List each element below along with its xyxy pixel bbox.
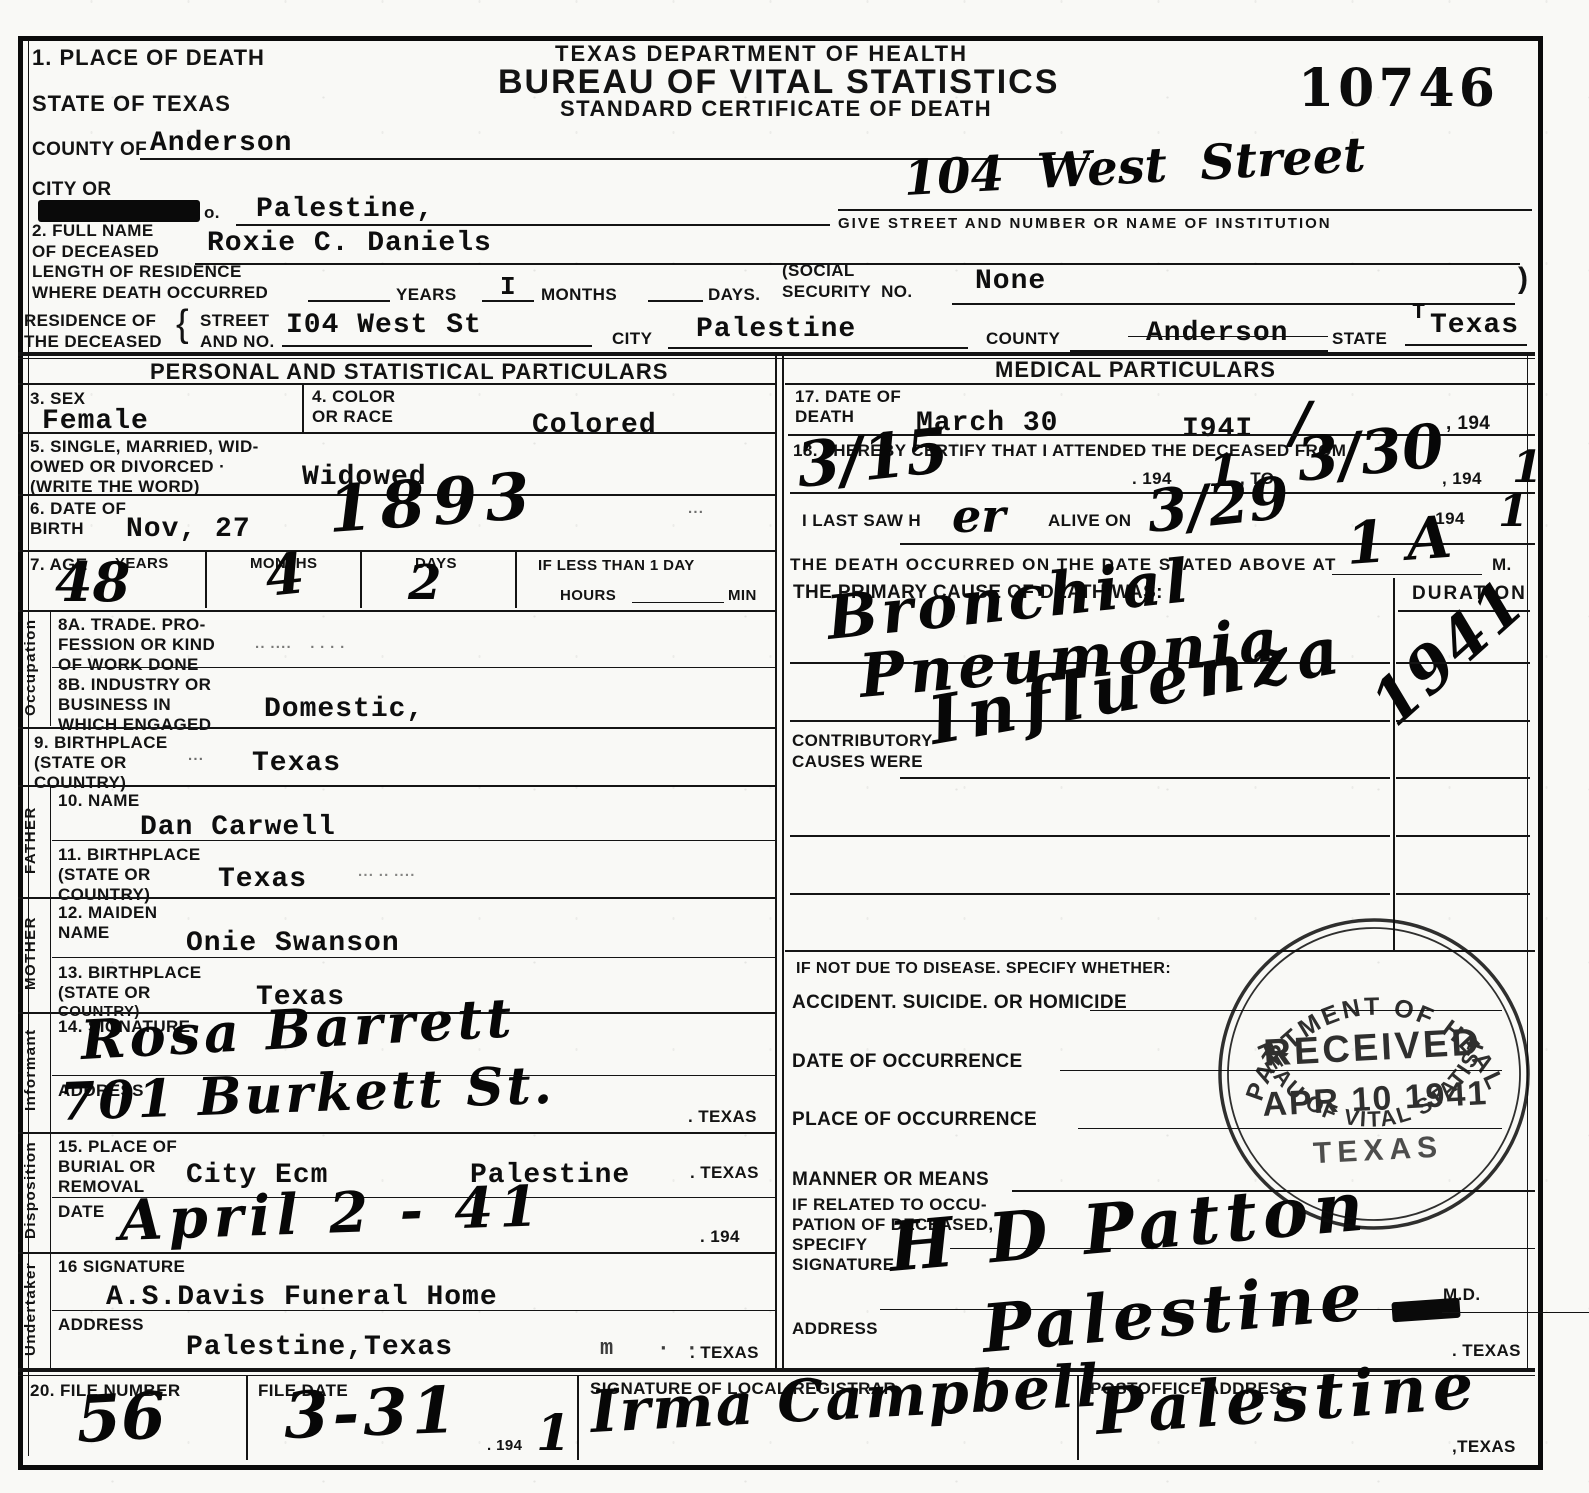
blank-rule-2 [790,893,1390,895]
years-blank [308,300,390,302]
side-label-mother: MOTHER [22,898,39,1008]
f15-label-1: 15. PLACE OF [58,1138,177,1157]
f10-rule [52,840,775,841]
dob-typed-value: Nov, 27 [126,514,251,545]
duration-rule-1 [1396,662,1530,664]
dob-label-2: BIRTH [30,520,84,539]
dob-marks: ··· [688,505,704,522]
f8b-rule [18,727,775,729]
street-no-label-2: AND NO. [200,333,275,352]
f8a-marks: ·· ···· · · · · [255,640,346,657]
redaction-blob [38,200,200,222]
disposition-date-year: . 194 [700,1228,740,1247]
ssn-underline [952,303,1515,305]
f16-rule [52,1310,775,1311]
death-certificate-scan: 1. PLACE OF DEATH STATE OF TEXAS TEXAS D… [0,0,1589,1493]
social-label-1: (SOCIAL [782,262,855,281]
res-county-value: Anderson [1146,318,1288,349]
fullname-value: Roxie C. Daniels [207,228,492,259]
f15-suffix: . TEXAS [690,1164,759,1183]
f18-from-value: 3/15 [794,422,951,493]
ink-blot-tail [1442,1312,1589,1313]
sex-color-divider [302,383,304,432]
row6-rule [18,550,775,552]
hours-label: HOURS [560,588,616,605]
duration-rule-2 [1396,720,1530,722]
occurred-rule [1332,574,1482,575]
f16-value: A.S.Davis Funeral Home [106,1282,498,1313]
bottom-div-1 [246,1376,248,1460]
f18-y2-hw: 1 [1512,448,1543,488]
received-stamp: DEPARTMENT OF HEALTH BUREAU OF VITAL STA… [1200,900,1549,1249]
county-value: Anderson [150,128,292,159]
f11-rule [18,897,775,899]
res-city-label: CITY [612,330,652,349]
duration-rule-3 [1396,777,1530,779]
lastsaw-label-1: I LAST SAW H [802,512,921,531]
f13-label-2: (STATE OR [58,984,151,1003]
f8b-value: Domestic, [264,694,424,725]
lastsaw-date-hw: 3/29 [1145,471,1292,538]
disposition-date-value: April 2 - 41 [118,1181,545,1246]
personal-title-underline [18,383,775,385]
undertaker-address-label: ADDRESS [58,1316,144,1335]
informant-strip-rule [50,1012,51,1132]
medical-title-underline [785,383,1535,385]
res-state-value: Texas [1430,310,1519,341]
stamp-state: TEXAS [1312,1131,1444,1171]
f11-label-3: COUNTRY) [58,886,150,905]
f15-label-2: BURIAL OR [58,1158,156,1177]
father-strip-rule [50,785,51,897]
city-label: CITY OR [32,180,112,201]
file-number-value: 56 [75,1387,167,1449]
street-caption: GIVE STREET AND NUMBER OR NAME OF INSTIT… [838,216,1332,233]
res-street-value: I04 West St [286,310,482,341]
side-label-disposition: Disposition [22,1132,39,1248]
social-label-2: SECURITY NO. [782,283,913,302]
side-label-occupation: Occupation [22,612,39,722]
f12-value: Onie Swanson [186,928,400,959]
f18-to-value: 3/30 [1294,419,1446,488]
mother-strip-rule [50,897,51,1012]
place-occ-label: PLACE OF OCCURRENCE [792,1110,1037,1131]
f11-value: Texas [218,864,307,895]
years-value-underline [482,300,534,302]
undertaker-address-suffix: . TEXAS [690,1344,759,1363]
f9-rule [18,785,775,787]
less-than-day-label: IF LESS THAN 1 DAY [538,558,695,575]
duration-column-rule [1393,578,1395,950]
color-value: Colored [532,410,657,441]
date-occ-label: DATE OF OCCURRENCE [792,1052,1023,1073]
age-days-value: 2 [408,562,441,605]
field1-label: 1. PLACE OF DEATH [32,46,265,70]
file-date-value: 3-31 [283,1382,461,1446]
side-label-informant: Informant [22,1012,39,1128]
age-div-2 [360,550,362,608]
res-city-underline [668,347,968,349]
f8a-label-1: 8A. TRADE. PRO- [58,616,206,635]
if-not-label: IF NOT DUE TO DISEASE. SPECIFY WHETHER: [796,960,1171,978]
months-blank [648,300,703,302]
res-county-label: COUNTY [986,330,1060,349]
dob-year-handwritten: 1893 [326,467,540,539]
duration-rule-5 [1396,893,1530,895]
f16-label: 16 SIGNATURE [58,1258,185,1277]
f11-marks: ··· ·· ···· [358,868,416,885]
f17-label-1: 17. DATE OF [795,388,901,407]
res-city-value: Palestine [696,314,856,345]
residence-label-2: THE DECEASED [24,333,162,352]
color-label-1: 4. COLOR [312,388,396,407]
years-label: YEARS [396,286,457,305]
city-value: Palestine, [256,194,434,225]
residence-length-label-2: WHERE DEATH OCCURRED [32,284,268,303]
certificate-number: 10746 [1298,58,1499,119]
fullname-label-2: OF DECEASED [32,243,159,262]
undertaker-strip-rule [50,1252,51,1368]
manner-label: MANNER OR MEANS [792,1170,989,1191]
dob-label-1: 6. DATE OF [30,500,126,519]
contrib-rule [900,777,1390,779]
disposition-rule [18,1252,775,1254]
f10-value: Dan Carwell [140,812,336,843]
informant-address-value: 701 Burkett St. [58,1063,555,1127]
column-divider-b [782,352,784,1370]
f13-label-1: 13. BIRTHPLACE [58,964,202,983]
duration-rule-4 [1396,835,1530,837]
state-of-texas-label: STATE OF TEXAS [32,92,231,116]
f12-label-1: 12. MAIDEN [58,904,157,923]
f9-label-2: (STATE OR [34,754,127,773]
ssn-value: None [975,266,1046,297]
days-label: DAYS. [708,286,760,305]
side-label-undertaker: Undertaker [22,1252,39,1366]
city-underline [236,224,830,226]
undertaker-address-value: Palestine,Texas [186,1332,453,1363]
f8a-rule [52,667,775,668]
f9-label-3: COUNTRY) [34,774,126,793]
county-label: COUNTY OF [32,140,147,161]
column-divider-a [775,352,777,1370]
physician-signature-label: SIGNATURE [792,1256,894,1275]
years-value: I [500,272,517,302]
contrib-label-1: CONTRIBUTORY [792,732,933,751]
side-label-father: FATHER [22,786,39,894]
blank-rule-1 [790,835,1390,837]
postoffice-suffix: ,TEXAS [1452,1438,1516,1457]
f17-year-print: , 194 [1446,414,1490,435]
marital-label-1: 5. SINGLE, MARRIED, WID- [30,438,259,457]
f11-label-1: 11. BIRTHPLACE [58,846,201,865]
personal-section-title: PERSONAL AND STATISTICAL PARTICULARS [150,360,668,384]
res-state-label: STATE [1332,330,1387,349]
standard-title: STANDARD CERTIFICATE OF DEATH [560,97,992,121]
age-div-1 [205,550,207,608]
f8b-label-1: 8B. INDUSTRY OR [58,676,211,695]
row3-rule [18,432,775,434]
residence-brace: { [176,304,189,346]
accident-label: ACCIDENT. SUICIDE. OR HOMICIDE [792,993,1127,1014]
bottom-div-2 [577,1376,579,1460]
occurred-time-hw: 1 A [1344,511,1453,570]
f8b-label-3: WHICH ENGAGED [58,716,211,735]
f9-marks: ··· [188,752,204,769]
street-underline [838,209,1532,211]
f8a-label-3: OF WORK DONE [58,656,199,675]
row7-rule [18,610,775,612]
hours-blank [632,602,724,603]
related-label-3: SPECIFY [792,1236,868,1255]
f9-value: Texas [252,748,341,779]
age-years-value: 48 [55,558,130,607]
medical-section-title: MEDICAL PARTICULARS [995,358,1276,382]
disposition-strip-rule [50,1132,51,1252]
residence-length-label-1: LENGTH OF RESIDENCE [32,263,242,282]
months-label: MONTHS [541,286,617,305]
fullname-label-1: 2. FULL NAME [32,222,154,241]
disposition-date-label: DATE [58,1203,105,1222]
min-label: MIN [728,588,757,605]
residence-label-1: RESIDENCE OF [24,312,156,331]
informant-rule [18,1132,775,1134]
lastsaw-infix-hw: er [952,496,1006,537]
f12-rule [52,957,775,958]
informant-address-suffix: . TEXAS [688,1108,757,1127]
f10-label: 10. NAME [58,792,140,811]
marital-label-2: OWED OR DIVORCED · [30,458,225,477]
res-street-underline [282,345,592,347]
res-county-strike [1128,336,1328,337]
lastsaw-y-hw: 1 [1498,492,1529,532]
undertaker-address-extra: m · · [600,1336,699,1361]
f11-label-2: (STATE OR [58,866,151,885]
f9-label-1: 9. BIRTHPLACE [34,734,168,753]
occupation-strip-rule [50,610,51,726]
age-div-3 [515,550,517,608]
close-paren: ) [1518,262,1528,295]
physician-address-label: ADDRESS [792,1320,878,1339]
fullname-underline [195,263,1520,265]
f18-y2-print: , 194 [1442,470,1482,489]
color-label-2: OR RACE [312,408,393,427]
f12-label-2: NAME [58,924,110,943]
f8b-label-2: BUSINESS IN [58,696,171,715]
res-state-underline [1405,344,1527,346]
city-redacted-suffix: o. [204,204,220,223]
f8a-label-2: FESSION OR KIND [58,636,215,655]
age-months-value: 4 [263,548,307,602]
file-date-year-print: . 194 [487,1438,522,1455]
res-state-overstrike: T [1412,300,1426,325]
file-date-year-hw: 1 [536,1410,571,1455]
contrib-label-2: CAUSES WERE [792,753,923,772]
lastsaw-label-2: ALIVE ON [1048,512,1132,531]
street-no-label-1: STREET [200,312,269,331]
